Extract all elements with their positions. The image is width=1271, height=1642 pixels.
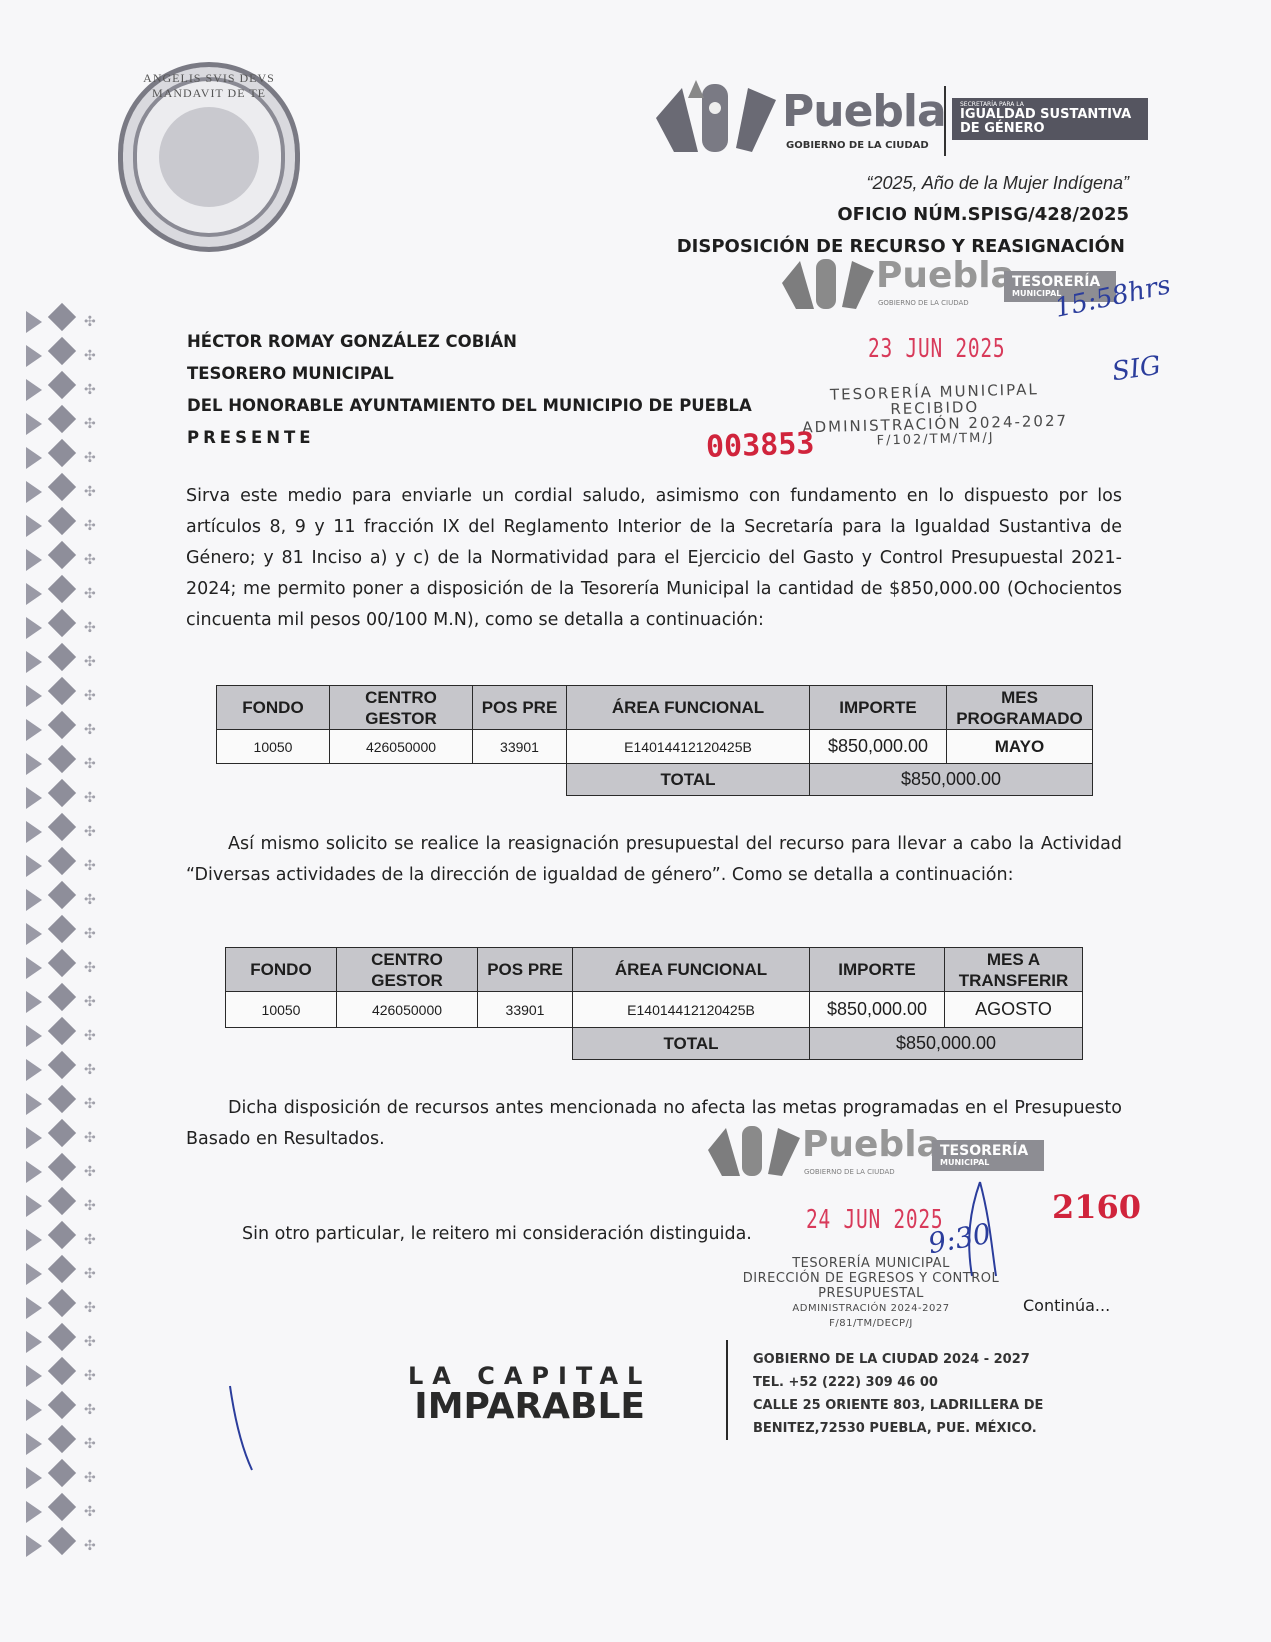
continues-label: Continúa... — [1023, 1296, 1110, 1315]
cell-mes: AGOSTO — [945, 992, 1083, 1028]
table-row: 10050 426050000 33901 E14014412120425B $… — [226, 992, 1083, 1028]
processed-date-stamp: 24 JUN 2025 — [806, 1205, 943, 1235]
border-ornament: ✣ — [26, 1155, 100, 1189]
dept-line2: DE GÉNERO — [960, 122, 1140, 136]
logo-subtitle: GOBIERNO DE LA CIUDAD — [786, 140, 929, 151]
stamp-subtitle: GOBIERNO DE LA CIUDAD — [804, 1168, 895, 1176]
total-value: $850,000.00 — [810, 764, 1093, 796]
cell-importe: $850,000.00 — [810, 730, 947, 764]
total-row: TOTAL $850,000.00 — [226, 1028, 1083, 1060]
border-ornament: ✣ — [26, 543, 100, 577]
stamp-subtitle: GOBIERNO DE LA CIUDAD — [878, 299, 969, 307]
header-importe: IMPORTE — [810, 948, 945, 992]
border-ornament: ✣ — [26, 985, 100, 1019]
logo-divider — [944, 86, 946, 156]
stamp-line: ADMINISTRACIÓN 2024-2027 — [736, 1301, 1006, 1316]
header-mes-programado: MES PROGRAMADO — [947, 686, 1093, 730]
border-ornament: ✣ — [26, 1325, 100, 1359]
cell-centro-gestor: 426050000 — [330, 730, 473, 764]
border-ornament: ✣ — [26, 373, 100, 407]
border-ornament: ✣ — [26, 1223, 100, 1257]
border-ornament: ✣ — [26, 441, 100, 475]
addressee-block: HÉCTOR ROMAY GONZÁLEZ COBIÁN TESORERO MU… — [187, 326, 752, 454]
control-number: 2160 — [1052, 1188, 1141, 1226]
border-ornament: ✣ — [26, 305, 100, 339]
handwritten-mark-icon — [226, 1384, 256, 1474]
border-ornament: ✣ — [26, 339, 100, 373]
tesoreria-stamp-logo: Puebla GOBIERNO DE LA CIUDAD TESORERÍA M… — [706, 1122, 1036, 1182]
border-ornament: ✣ — [26, 1291, 100, 1325]
stamp-line: TESORERÍA MUNICIPAL — [736, 1256, 1006, 1271]
table-header-row: FONDO CENTRO GESTOR POS PRE ÁREA FUNCION… — [226, 948, 1083, 992]
border-ornament: ✣ — [26, 645, 100, 679]
stamp-line: PRESUPUESTAL — [736, 1286, 1006, 1301]
total-value: $850,000.00 — [810, 1028, 1083, 1060]
border-ornament: ✣ — [26, 1019, 100, 1053]
border-ornament: ✣ — [26, 815, 100, 849]
stamp-wordmark: Puebla — [802, 1124, 941, 1165]
puebla-emblem-icon — [706, 1122, 802, 1178]
border-ornament: ✣ — [26, 849, 100, 883]
header-mes-transferir: MES A TRANSFERIR — [945, 948, 1083, 992]
closing-line: Sin otro particular, le reitero mi consi… — [200, 1219, 800, 1250]
border-ornament: ✣ — [26, 1087, 100, 1121]
header-centro-gestor: CENTRO GESTOR — [337, 948, 478, 992]
border-ornament: ✣ — [26, 1529, 100, 1563]
tesoreria-box: TESORERÍA MUNICIPAL — [932, 1140, 1044, 1171]
cell-fondo: 10050 — [217, 730, 330, 764]
header-fondo: FONDO — [217, 686, 330, 730]
total-label: TOTAL — [573, 1028, 810, 1060]
slogan-bottom: IMPARABLE — [408, 1390, 651, 1424]
reassignment-table: FONDO CENTRO GESTOR POS PRE ÁREA FUNCION… — [225, 947, 1083, 1060]
border-ornament: ✣ — [26, 1189, 100, 1223]
cell-pos-pre: 33901 — [478, 992, 573, 1028]
border-ornament: ✣ — [26, 509, 100, 543]
logo-wordmark: Puebla — [782, 86, 946, 137]
border-ornament: ✣ — [26, 747, 100, 781]
dept-line1: IGUALDAD SUSTANTIVA — [960, 108, 1140, 122]
border-ornament: ✣ — [26, 577, 100, 611]
received-stamp-text: TESORERÍA MUNICIPAL RECIBIDO ADMINISTRAC… — [799, 380, 1071, 451]
processed-stamp-text: TESORERÍA MUNICIPAL DIRECCIÓN DE EGRESOS… — [736, 1256, 1006, 1331]
border-ornament: ✣ — [26, 917, 100, 951]
header-area-funcional: ÁREA FUNCIONAL — [567, 686, 810, 730]
addressee-org: DEL HONORABLE AYUNTAMIENTO DEL MUNICIPIO… — [187, 390, 752, 422]
disposition-table: FONDO CENTRO GESTOR POS PRE ÁREA FUNCION… — [216, 685, 1093, 796]
cell-pos-pre: 33901 — [473, 730, 567, 764]
capital-imparable-logo: LA CAPITAL IMPARABLE — [408, 1362, 651, 1424]
handwritten-initials: SIG — [1110, 351, 1163, 388]
border-ornament: ✣ — [26, 1359, 100, 1393]
puebla-igualdad-logo: Puebla GOBIERNO DE LA CIUDAD SECRETARÍA … — [652, 78, 1142, 158]
border-ornament: ✣ — [26, 475, 100, 509]
border-ornament: ✣ — [26, 1461, 100, 1495]
border-ornament: ✣ — [26, 713, 100, 747]
municipal-seal: ANGELIS SVIS DEVS MANDAVIT DE TE — [118, 62, 300, 252]
header-importe: IMPORTE — [810, 686, 947, 730]
border-ornament: ✣ — [26, 611, 100, 645]
border-ornament: ✣ — [26, 407, 100, 441]
document-subject: DISPOSICIÓN DE RECURSO Y REASIGNACIÓN — [677, 236, 1125, 257]
border-ornament: ✣ — [26, 951, 100, 985]
cell-mes: MAYO — [947, 730, 1093, 764]
border-ornament: ✣ — [26, 1121, 100, 1155]
cell-centro-gestor: 426050000 — [337, 992, 478, 1028]
header-area-funcional: ÁREA FUNCIONAL — [573, 948, 810, 992]
footer-address-1: CALLE 25 ORIENTE 803, LADRILLERA DE — [753, 1394, 1043, 1417]
footer-contact: GOBIERNO DE LA CIUDAD 2024 - 2027 TEL. +… — [753, 1348, 1043, 1440]
border-ornament: ✣ — [26, 1257, 100, 1291]
header-pos-pre: POS PRE — [473, 686, 567, 730]
cell-area-funcional: E14014412120425B — [573, 992, 810, 1028]
tesoreria-label: TESORERÍA — [940, 1144, 1036, 1159]
puebla-emblem-icon — [780, 255, 876, 311]
addressee-name: HÉCTOR ROMAY GONZÁLEZ COBIÁN — [187, 326, 752, 358]
border-ornament: ✣ — [26, 1495, 100, 1529]
total-label: TOTAL — [567, 764, 810, 796]
border-ornament: ✣ — [26, 679, 100, 713]
header-centro-gestor: CENTRO GESTOR — [330, 686, 473, 730]
footer-address-2: BENITEZ,72530 PUEBLA, PUE. MÉXICO. — [753, 1417, 1043, 1440]
border-ornament: ✣ — [26, 1053, 100, 1087]
cell-fondo: 10050 — [226, 992, 337, 1028]
footer-divider — [726, 1340, 728, 1440]
oficio-number: OFICIO NÚM.SPISG/428/2025 — [837, 204, 1129, 225]
puebla-emblem-icon — [652, 78, 780, 156]
stamp-line: F/81/TM/DECP/J — [736, 1316, 1006, 1331]
cell-area-funcional: E14014412120425B — [567, 730, 810, 764]
department-box: SECRETARÍA PARA LA IGUALDAD SUSTANTIVA D… — [952, 98, 1148, 140]
border-ornament: ✣ — [26, 883, 100, 917]
seal-text: ANGELIS SVIS DEVS MANDAVIT DE TE — [123, 71, 295, 101]
document-page: ✣✣✣✣✣✣✣✣✣✣✣✣✣✣✣✣✣✣✣✣✣✣✣✣✣✣✣✣✣✣✣✣✣✣✣✣✣ AN… — [0, 0, 1271, 1642]
seal-emblem-icon — [159, 107, 259, 207]
footer-tel: TEL. +52 (222) 309 46 00 — [753, 1371, 1043, 1394]
table-row: 10050 426050000 33901 E14014412120425B $… — [217, 730, 1093, 764]
border-ornament: ✣ — [26, 781, 100, 815]
stamp-wordmark: Puebla — [876, 255, 1015, 296]
stamp-line: DIRECCIÓN DE EGRESOS Y CONTROL — [736, 1271, 1006, 1286]
header-fondo: FONDO — [226, 948, 337, 992]
footer-gov: GOBIERNO DE LA CIUDAD 2024 - 2027 — [753, 1348, 1043, 1371]
body-paragraph-2: Así mismo solicito se realice la reasign… — [186, 829, 1122, 891]
cell-importe: $850,000.00 — [810, 992, 945, 1028]
received-date-stamp: 23 JUN 2025 — [868, 334, 1005, 364]
addressee-presente: PRESENTE — [187, 422, 752, 454]
year-motto: “2025, Año de la Mujer Indígena” — [866, 173, 1129, 194]
border-ornament: ✣ — [26, 1393, 100, 1427]
border-ornament: ✣ — [26, 1427, 100, 1461]
table-header-row: FONDO CENTRO GESTOR POS PRE ÁREA FUNCION… — [217, 686, 1093, 730]
header-pos-pre: POS PRE — [478, 948, 573, 992]
body-paragraph-1: Sirva este medio para enviarle un cordia… — [186, 481, 1122, 636]
total-row: TOTAL $850,000.00 — [217, 764, 1093, 796]
municipal-label: MUNICIPAL — [940, 1159, 1036, 1167]
addressee-title: TESORERO MUNICIPAL — [187, 358, 752, 390]
